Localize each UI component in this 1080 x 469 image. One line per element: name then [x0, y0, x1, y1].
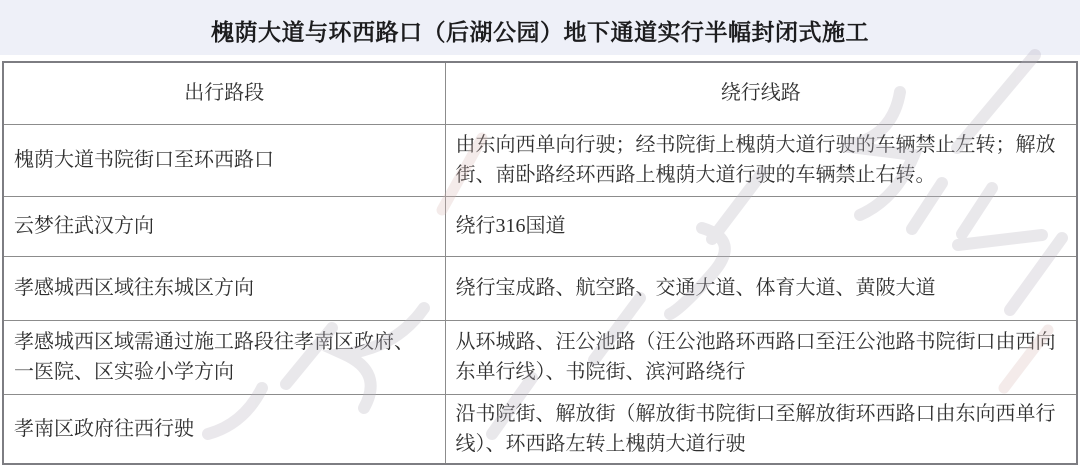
segment-cell: 云梦往武汉方向 — [3, 196, 445, 256]
traffic-detour-table: 出行路段 绕行线路 槐荫大道书院街口至环西路口 由东向西单向行驶；经书院街上槐荫… — [2, 61, 1078, 465]
detour-cell: 绕行316国道 — [445, 196, 1077, 256]
detour-table-wrapper: 出行路段 绕行线路 槐荫大道书院街口至环西路口 由东向西单向行驶；经书院街上槐荫… — [2, 61, 1078, 465]
table-row: 孝感城西区域需通过施工路段往孝南区政府、一医院、区实验小学方向 从环城路、汪公池… — [3, 320, 1077, 394]
detour-cell: 从环城路、汪公池路（汪公池路环西路口至汪公池路书院街口由西向东单行线）、书院街、… — [445, 320, 1077, 394]
detour-cell: 绕行宝成路、航空路、交通大道、体育大道、黄陂大道 — [445, 256, 1077, 320]
col-header-detour: 绕行线路 — [445, 62, 1077, 124]
table-row: 孝感城西区域往东城区方向 绕行宝成路、航空路、交通大道、体育大道、黄陂大道 — [3, 256, 1077, 320]
table-row: 云梦往武汉方向 绕行316国道 — [3, 196, 1077, 256]
header-row: 出行路段 绕行线路 — [3, 62, 1077, 124]
page-title: 槐荫大道与环西路口（后湖公园）地下通道实行半幅封闭式施工 — [211, 8, 869, 47]
col-header-segment: 出行路段 — [3, 62, 445, 124]
segment-cell: 孝感城西区域往东城区方向 — [3, 256, 445, 320]
title-band: 槐荫大道与环西路口（后湖公园）地下通道实行半幅封闭式施工 — [0, 0, 1080, 55]
table-row: 孝南区政府往西行驶 沿书院街、解放街（解放街书院街口至解放街环西路口由东向西单行… — [3, 394, 1077, 464]
article-page: 槐荫大道与环西路口（后湖公园）地下通道实行半幅封闭式施工 出行路段 绕行线路 槐… — [0, 0, 1080, 469]
segment-cell: 孝感城西区域需通过施工路段往孝南区政府、一医院、区实验小学方向 — [3, 320, 445, 394]
detour-cell: 由东向西单向行驶；经书院街上槐荫大道行驶的车辆禁止左转；解放街、南卧路经环西路上… — [445, 124, 1077, 196]
segment-cell: 孝南区政府往西行驶 — [3, 394, 445, 464]
table-row: 槐荫大道书院街口至环西路口 由东向西单向行驶；经书院街上槐荫大道行驶的车辆禁止左… — [3, 124, 1077, 196]
segment-cell: 槐荫大道书院街口至环西路口 — [3, 124, 445, 196]
detour-cell: 沿书院街、解放街（解放街书院街口至解放街环西路口由东向西单行线）、环西路左转上槐… — [445, 394, 1077, 464]
